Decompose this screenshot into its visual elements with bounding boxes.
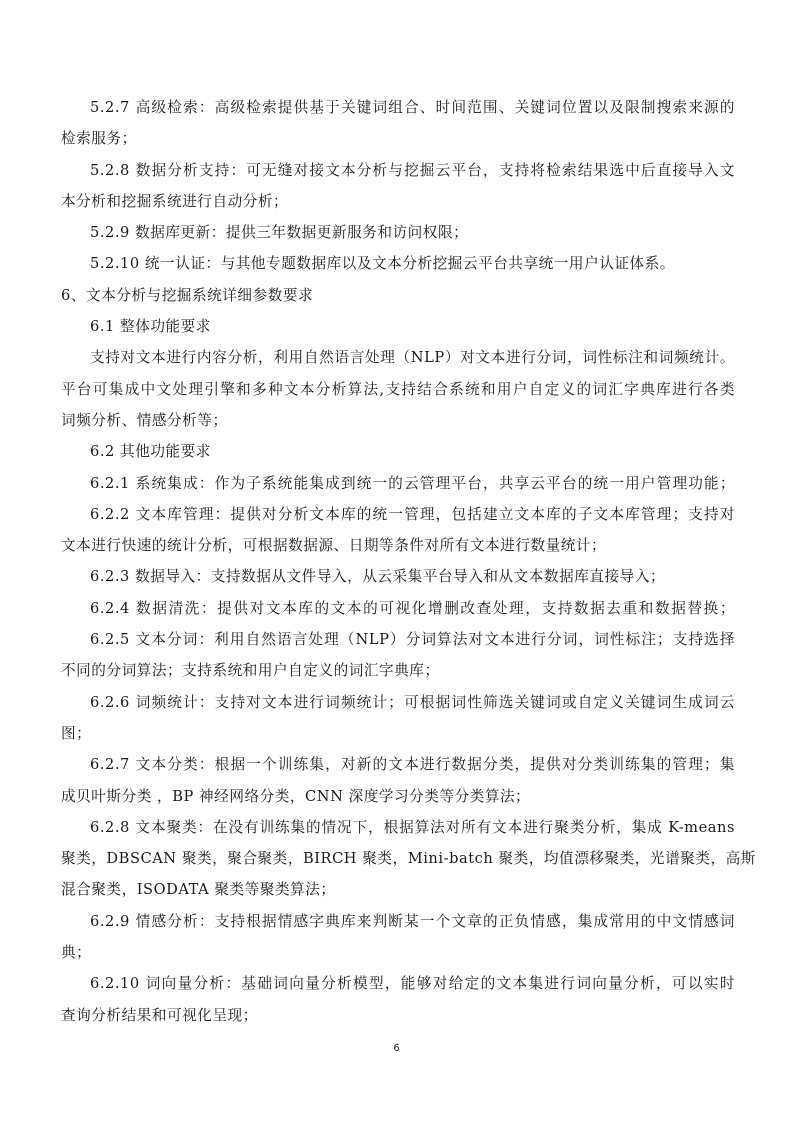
section-6-2-7-line-1: 6.2.7 文本分类：根据一个训练集，对新的文本进行数据分类，提供对分类训练集的…	[61, 749, 735, 780]
heading-6: 6、文本分析与挖掘系统详细参数要求	[61, 280, 735, 311]
section-6-2-3: 6.2.3 数据导入：支持数据从文件导入，从云采集平台导入和从文本数据库直接导入…	[61, 561, 735, 592]
section-6-2-10-line-2: 查询分析结果和可视化呈现；	[61, 1000, 735, 1031]
section-6-2-7-line-2: 成贝叶斯分类 ，BP 神经网络分类，CNN 深度学习分类等分类算法；	[61, 781, 735, 812]
document-page: 5.2.7 高级检索：高级检索提供基于关键词组合、时间范围、关键词位置以及限制搜…	[61, 92, 735, 1031]
section-6-1-paragraph-line-3: 词频分析、情感分析等；	[61, 405, 735, 436]
section-5-2-7-line-2: 检索服务；	[61, 123, 735, 154]
section-6-2-5-line-1: 6.2.5 文本分词：利用自然语言处理（NLP）分词算法对文本进行分词，词性标注…	[61, 624, 735, 655]
section-5-2-10: 5.2.10 统一认证：与其他专题数据库以及文本分析挖掘云平台共享统一用户认证体…	[61, 248, 735, 279]
section-6-2-6-line-1: 6.2.6 词频统计：支持对文本进行词频统计；可根据词性筛选关键词或自定义关键词…	[61, 687, 735, 718]
section-5-2-8-line-2: 本分析和挖掘系统进行自动分析；	[61, 186, 735, 217]
section-6-2-5-line-2: 不同的分词算法；支持系统和用户自定义的词汇字典库；	[61, 655, 735, 686]
section-6-2-4: 6.2.4 数据清洗：提供对文本库的文本的可视化增删改查处理，支持数据去重和数据…	[61, 593, 735, 624]
section-6-2-8-line-2: 聚类，DBSCAN 聚类，聚合聚类，BIRCH 聚类，Mini-batch 聚类…	[61, 843, 735, 874]
page-number: 6	[0, 1043, 793, 1054]
section-6-2-8-line-3: 混合聚类，ISODATA 聚类等聚类算法；	[61, 874, 735, 905]
section-6-2-2-line-2: 文本进行快速的统计分析，可根据数据源、日期等条件对所有文本进行数量统计；	[61, 530, 735, 561]
section-6-2-8-line-1: 6.2.8 文本聚类：在没有训练集的情况下，根据算法对所有文本进行聚类分析，集成…	[61, 812, 735, 843]
section-5-2-8-line-1: 5.2.8 数据分析支持：可无缝对接文本分析与挖掘云平台，支持将检索结果选中后直…	[61, 155, 735, 186]
heading-6-1: 6.1 整体功能要求	[61, 311, 735, 342]
section-6-2-2-line-1: 6.2.2 文本库管理：提供对分析文本库的统一管理，包括建立文本库的子文本库管理…	[61, 499, 735, 530]
section-5-2-9: 5.2.9 数据库更新：提供三年数据更新服务和访问权限；	[61, 217, 735, 248]
section-6-2-10-line-1: 6.2.10 词向量分析：基础词向量分析模型，能够对给定的文本集进行词向量分析，…	[61, 968, 735, 999]
section-6-2-6-line-2: 图；	[61, 718, 735, 749]
section-6-2-9-line-2: 典；	[61, 937, 735, 968]
section-5-2-7-line-1: 5.2.7 高级检索：高级检索提供基于关键词组合、时间范围、关键词位置以及限制搜…	[61, 92, 735, 123]
section-6-1-paragraph-line-1: 支持对文本进行内容分析，利用自然语言处理（NLP）对文本进行分词，词性标注和词频…	[61, 342, 735, 373]
section-6-2-9-line-1: 6.2.9 情感分析：支持根据情感字典库来判断某一个文章的正负情感，集成常用的中…	[61, 906, 735, 937]
heading-6-2: 6.2 其他功能要求	[61, 436, 735, 467]
section-6-2-1: 6.2.1 系统集成：作为子系统能集成到统一的云管理平台，共享云平台的统一用户管…	[61, 468, 735, 499]
section-6-1-paragraph-line-2: 平台可集成中文处理引擎和多种文本分析算法,支持结合系统和用户自定义的词汇字典库进…	[61, 374, 735, 405]
